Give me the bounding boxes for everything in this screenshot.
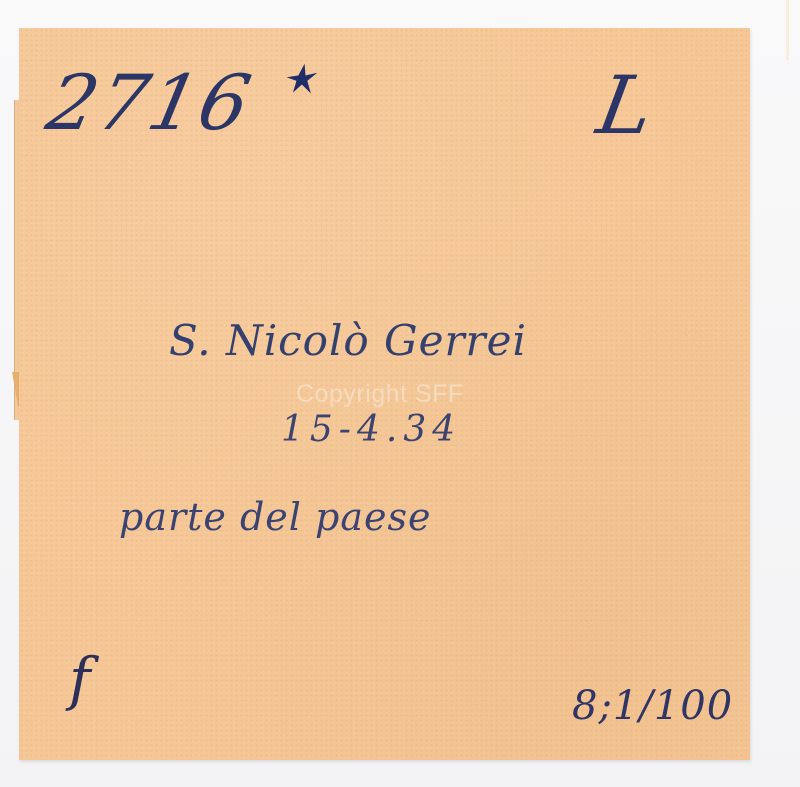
copyright-watermark: Copyright SFF (296, 380, 464, 409)
archive-card: 2716 L S. Nicolò Gerrei Copyright SFF 15… (19, 28, 750, 760)
catalog-number: 2716 (41, 65, 259, 141)
scan-background: 2716 L S. Nicolò Gerrei Copyright SFF 15… (0, 0, 800, 787)
format-letter: f (69, 650, 90, 708)
scale-notation: 8;1/100 (572, 686, 733, 726)
place-name: S. Nicolò Gerrei (169, 320, 527, 362)
paper-edge-strip (786, 0, 789, 60)
star-icon (283, 62, 319, 98)
description: parte del paese (119, 498, 432, 536)
series-letter: L (592, 66, 659, 146)
date: 15-4.34 (281, 412, 461, 448)
